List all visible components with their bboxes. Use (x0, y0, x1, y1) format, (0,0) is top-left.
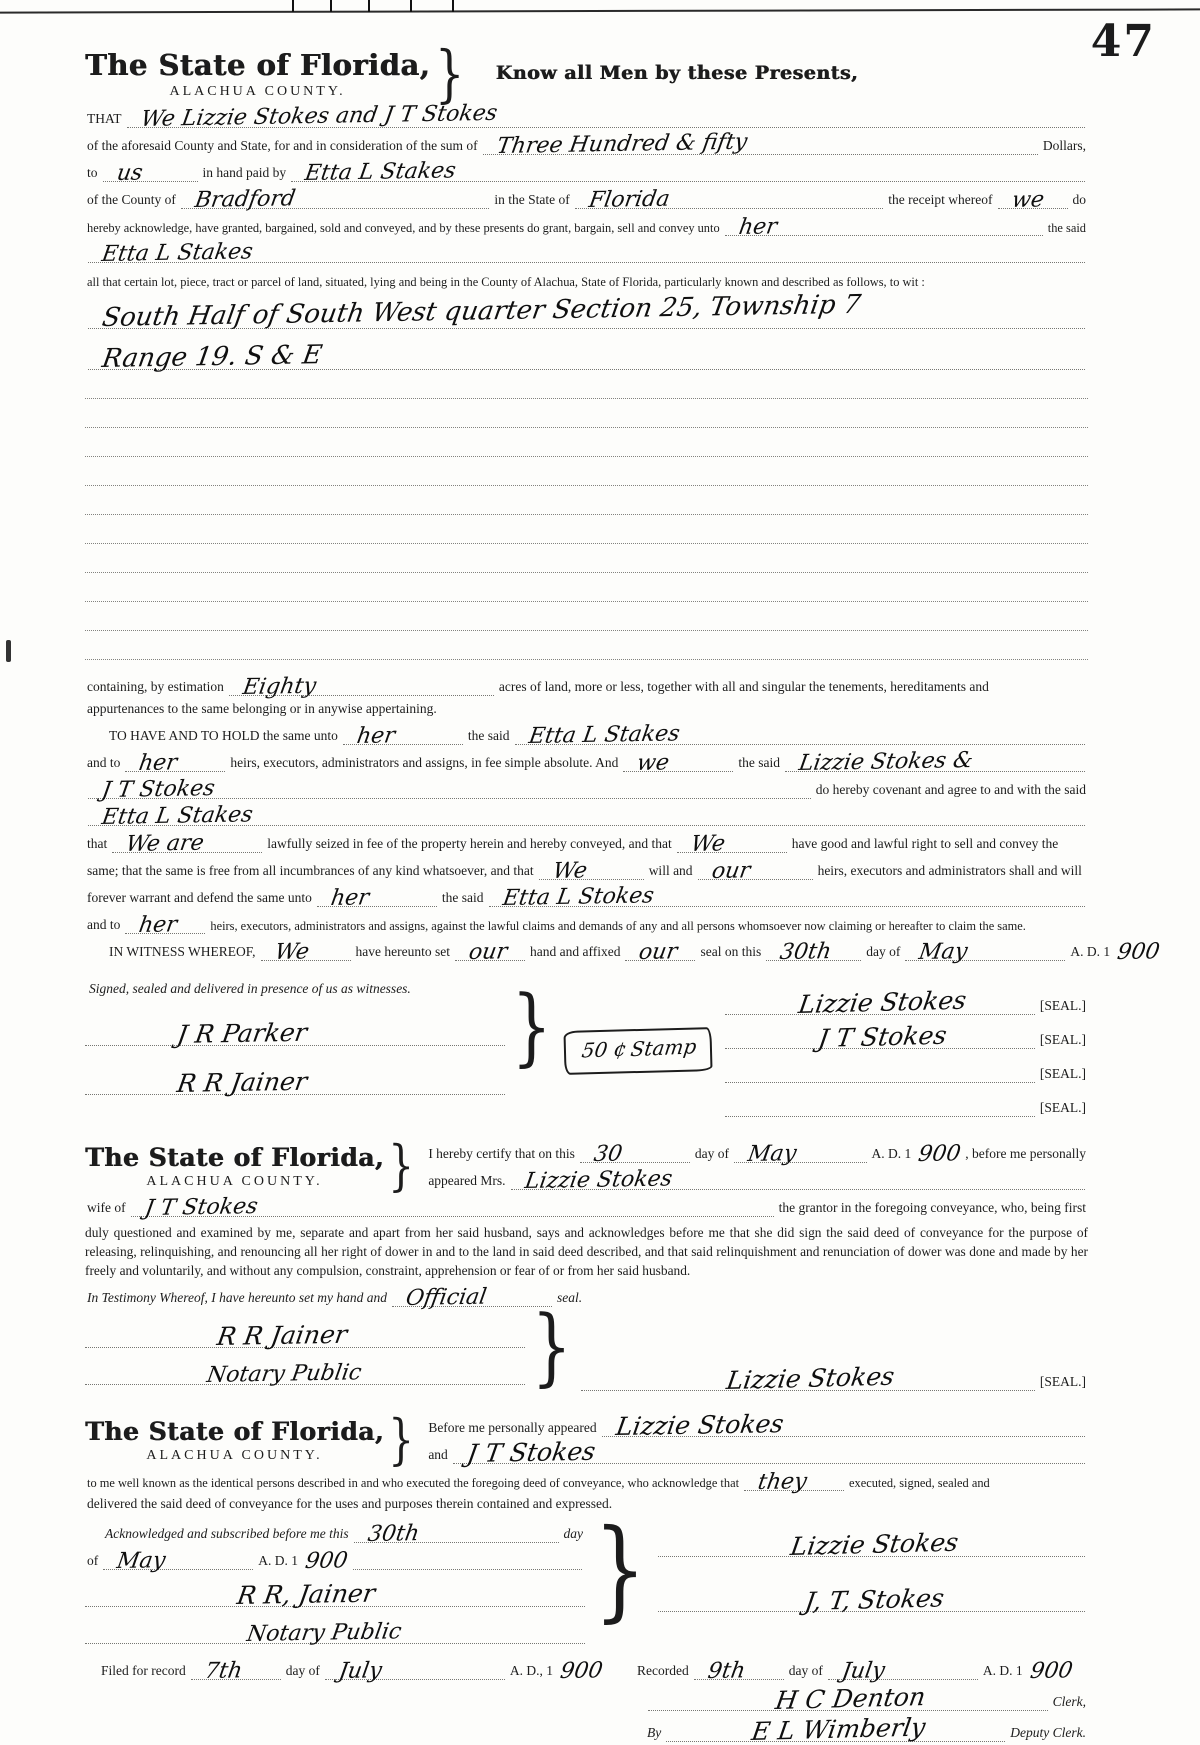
before-label: Before me personally appeared (426, 1419, 598, 1437)
scan-artifact (452, 0, 454, 12)
ack-day-blank: 30th (354, 1524, 559, 1543)
day-of-label: day of (864, 943, 902, 961)
brace-glyph: } (594, 1523, 647, 1617)
they-blank: they (744, 1472, 844, 1491)
cert1-notary-column: R R Jainer Notary Public (85, 1311, 525, 1385)
to-have-name-blank: Etta L Stakes (515, 726, 1086, 745)
cert1-seal-label: [SEAL.] (1038, 1373, 1088, 1391)
covenant-name-handwriting: Etta L Stakes (100, 802, 255, 830)
delivered-label: delivered the said deed of conveyance fo… (85, 1495, 614, 1513)
witness-we-handwriting: We (273, 939, 311, 965)
state-of-label: in the State of (492, 191, 571, 209)
heirs-line: and to her heirs, executors, administrat… (85, 752, 1088, 772)
warrant-name-blank: Etta L Stokes (489, 888, 1085, 907)
seal3-label: [SEAL.] (1038, 1065, 1088, 1083)
blank-line (85, 602, 1088, 631)
heirs2-label: heirs, executors and administrators shal… (816, 862, 1084, 880)
description-line-2: Range 19. S & E (85, 343, 1088, 370)
notary-title-line: Notary Public (85, 1348, 525, 1385)
recorded-month-blank: July (828, 1661, 978, 1680)
filed-label: Filed for record (85, 1662, 188, 1680)
and-label: and (426, 1446, 450, 1464)
deed-header: The State of Florida, ALACHUA COUNTY. } … (85, 48, 1088, 101)
to-blank: us (103, 163, 198, 182)
executed-label: executed, signed, sealed and (847, 1475, 992, 1491)
clerk-line: H C Denton Clerk, (645, 1686, 1088, 1711)
covenant-label: do hereby covenant and agree to and with… (814, 781, 1088, 799)
ack-ad-label: A. D. 1 (256, 1552, 300, 1570)
filed-day-of-label: day of (284, 1662, 322, 1680)
and-to-blank: her (125, 753, 225, 772)
blank-line (85, 457, 1088, 486)
cert1-month-handwriting: May (746, 1141, 798, 1167)
our-seal-blank: our (625, 942, 695, 961)
covenant-name-line: Etta L Stakes (85, 806, 1088, 826)
ack-notary-name-line: R R, Jainer (85, 1570, 585, 1607)
filed-day-handwriting: 7th (203, 1658, 244, 1684)
cert2-state-title: The State of Florida, (85, 1417, 384, 1446)
county-of-handwriting: Bradford (193, 186, 297, 213)
notary-title-handwriting: Notary Public (205, 1360, 363, 1388)
cert1-header-right: I hereby certify that on this 30 day of … (426, 1143, 1088, 1190)
cert1-day-of-label: day of (693, 1145, 731, 1163)
do-label: do (1071, 191, 1089, 209)
scan-artifact (410, 0, 412, 12)
county-label: ALACHUA COUNTY. (85, 84, 430, 100)
our-hand-blank: our (455, 942, 525, 961)
ack-left-column: Acknowledged and subscribed before me th… (85, 1523, 585, 1644)
grantee-handwriting: Etta L Stakes (100, 239, 255, 267)
and-to2-label: and to (85, 916, 122, 934)
stamp-value-handwriting: 50 ¢ (581, 1036, 629, 1062)
acres-blank: Eighty (229, 677, 494, 696)
to-have-line: TO HAVE AND TO HOLD the same unto her th… (85, 725, 1088, 745)
grantor2-signature: J T Stokes (816, 1020, 948, 1052)
cert2-header: The State of Florida, ALACHUA COUNTY. } … (85, 1417, 1088, 1464)
ack-day-label: day (562, 1525, 586, 1543)
year-handwriting: 900 (1116, 944, 1161, 961)
consideration-handwriting: Three Hundred & fifty (495, 129, 749, 158)
covenantor2-blank: J T Stokes (88, 780, 811, 799)
seal-row-1: Lizzie Stokes [SEAL.] (722, 994, 1088, 1015)
ack-notary-title-line: Notary Public (85, 1607, 585, 1644)
cert1-signature: Lizzie Stokes (725, 1361, 897, 1394)
delivered-line: delivered the said deed of conveyance fo… (85, 1493, 1088, 1513)
wife-of-blank: J T Stokes (131, 1198, 774, 1217)
her4-blank: her (125, 915, 205, 934)
notary-name-signature: R R Jainer (215, 1320, 349, 1351)
state-of-blank: Florida (575, 190, 884, 209)
cert1-notary-block: R R Jainer Notary Public } Lizzie Stokes… (85, 1311, 1088, 1391)
acres-handwriting: Eighty (241, 673, 318, 699)
blank-line (85, 370, 1088, 399)
notary-name-line: R R Jainer (85, 1311, 525, 1348)
clerk-signature-blank: H C Denton (648, 1686, 1048, 1711)
ack-notary-title-handwriting: Notary Public (245, 1619, 403, 1647)
witness-column: Signed, sealed and delivered in presence… (85, 981, 505, 1095)
cert1-body-paragraph: duly questioned and examined by me, sepa… (85, 1223, 1088, 1280)
our-blank: our (698, 861, 813, 880)
wife-of-label: wife of (85, 1199, 128, 1217)
county-state-line: of the County of Bradford in the State o… (85, 189, 1088, 209)
grantee-blank: Etta L Stakes (88, 244, 1085, 263)
warrant-said-label: the said (440, 889, 486, 907)
paid-by-line: to us in hand paid by Etta L Stakes (85, 162, 1088, 182)
description-line-1: South Half of South West quarter Section… (85, 302, 1088, 329)
appeared-blank: Lizzie Stokes (511, 1171, 1085, 1190)
ack-signature2-blank: J, T, Stokes (658, 1591, 1085, 1612)
cert1-ad-label: A. D. 1 (870, 1145, 914, 1163)
consideration-blank: Three Hundred & fifty (483, 136, 1038, 155)
seal1-blank: Lizzie Stokes (725, 994, 1034, 1015)
person1-handwriting: Lizzie Stokes (614, 1409, 786, 1441)
ack-notary-name-signature: R R, Jainer (235, 1578, 377, 1609)
ack-signature1: Lizzie Stokes (788, 1527, 960, 1560)
testimony-label: In Testimony Whereof, I have hereunto se… (85, 1289, 389, 1307)
person2-blank: J T Stokes (453, 1445, 1085, 1464)
blank-line (85, 631, 1088, 660)
seal-column: Lizzie Stokes [SEAL.] J T Stokes [SEAL.]… (722, 981, 1088, 1117)
cert2-and-line: and J T Stokes (426, 1444, 1088, 1464)
hand-label: hand and affixed (528, 943, 622, 961)
cert1-header: The State of Florida, ALACHUA COUNTY. } … (85, 1143, 1088, 1190)
to-have-said-label: the said (466, 727, 512, 745)
cert1-appeared-line: appeared Mrs. Lizzie Stokes (426, 1170, 1088, 1190)
blank-line (85, 399, 1088, 428)
to-handwriting: us (115, 160, 145, 185)
ack-month-blank: May (103, 1551, 253, 1570)
recorded-ad-label: A. D. 1 (981, 1662, 1025, 1680)
our-seal-handwriting: our (637, 939, 679, 965)
stamp-area: 50 ¢ Stamp (558, 1029, 712, 1073)
appurtenances-label: appurtenances to the same belonging or i… (85, 700, 439, 718)
receipt-label: the receipt whereof (886, 191, 994, 209)
free-handwriting: We (551, 858, 589, 884)
covenant-name-blank: Etta L Stakes (88, 807, 1085, 826)
consideration-label: of the aforesaid County and State, for a… (85, 137, 480, 155)
by-label: By (645, 1724, 663, 1742)
recorded-day-handwriting: 9th (706, 1658, 747, 1684)
brace-glyph: } (388, 1143, 414, 1189)
filed-ad-label: A. D., 1 (508, 1662, 555, 1680)
filed-month-handwriting: July (337, 1658, 384, 1684)
blank-line (85, 515, 1088, 544)
recorded-day-of-label: day of (787, 1662, 825, 1680)
to-have-label: TO HAVE AND TO HOLD the same unto (85, 727, 340, 745)
wife-of-line: wife of J T Stokes the grantor in the fo… (85, 1197, 1088, 1217)
cert1-seal-row: Lizzie Stokes [SEAL.] (578, 1370, 1088, 1391)
to-label: to (85, 164, 100, 182)
ack-of-label: of (85, 1552, 100, 1570)
ad-label: A. D. 1 (1068, 943, 1112, 961)
that2-label: that (85, 835, 109, 853)
claims-label: heirs, executors, administrators and ass… (208, 918, 1027, 934)
cert2-before-line: Before me personally appeared Lizzie Sto… (426, 1417, 1088, 1437)
cert2-county-label: ALACHUA COUNTY. (85, 1448, 384, 1464)
official-handwriting: Official (404, 1284, 488, 1310)
description-handwriting-2: Range 19. S & E (100, 340, 324, 374)
free-label: same; that the same is free from all inc… (85, 862, 536, 880)
ack-signature-row-1: Lizzie Stokes (655, 1536, 1088, 1557)
witness1-signature: J R Parker (175, 1017, 309, 1048)
seal-row-3: [SEAL.] (722, 1062, 1088, 1083)
and-said-label: the said (736, 754, 782, 772)
claims-line: and to her heirs, executors, administrat… (85, 914, 1088, 934)
cert1-signature-column: Lizzie Stokes [SEAL.] (578, 1311, 1088, 1391)
receipt-handwriting: we (1010, 187, 1046, 213)
witness-section: Signed, sealed and delivered in presence… (85, 981, 1088, 1117)
will-and-label: will and (647, 862, 695, 880)
deputy-signature: E L Wimberly (749, 1712, 927, 1745)
recorded-month-handwriting: July (840, 1658, 887, 1684)
witness1-line: J R Parker (85, 1005, 505, 1046)
brace-glyph: } (435, 48, 465, 101)
brace-glyph: } (512, 991, 552, 1062)
filing-line: Filed for record 7th day of July A. D., … (85, 1660, 1088, 1680)
seized2-handwriting: We (689, 831, 727, 857)
recorded-label: Recorded (635, 1662, 691, 1680)
covenantors-handwriting: Lizzie Stokes & (797, 748, 975, 776)
county-of-blank: Bradford (181, 190, 490, 209)
grantors-blank: We Lizzie Stokes and J T Stokes (127, 109, 1086, 128)
and-we-handwriting: we (635, 750, 671, 776)
convey-label: hereby acknowledge, have granted, bargai… (85, 220, 722, 236)
seal4-label: [SEAL.] (1038, 1099, 1088, 1117)
witness-caption: Signed, sealed and delivered in presence… (85, 981, 505, 997)
month-blank: May (905, 942, 1065, 961)
day-handwriting: 30th (778, 939, 833, 965)
seal-row-4: [SEAL.] (722, 1096, 1088, 1117)
witness-label: IN WITNESS WHEREOF, (85, 943, 258, 961)
known-line: to me well known as the identical person… (85, 1471, 1088, 1491)
blank-line (85, 428, 1088, 457)
filed-month-blank: July (325, 1661, 505, 1680)
cert1-signature-blank: Lizzie Stokes (581, 1370, 1034, 1391)
heirs-label: heirs, executors, administrators and ass… (228, 754, 620, 772)
and-to-label: and to (85, 754, 122, 772)
cert1-certify-line: I hereby certify that on this 30 day of … (426, 1143, 1088, 1163)
seized-blank: We are (112, 834, 262, 853)
seal2-blank: J T Stokes (725, 1028, 1034, 1049)
month-handwriting: May (917, 939, 969, 965)
convey-handwriting: her (737, 214, 779, 240)
ack-signature1-blank: Lizzie Stokes (658, 1536, 1085, 1557)
appeared-handwriting: Lizzie Stokes (523, 1166, 674, 1194)
containing-line: containing, by estimation Eighty acres o… (85, 676, 1088, 696)
person2-handwriting: J T Stokes (465, 1437, 598, 1468)
presents-heading: Know all Men by these Presents, (496, 62, 858, 84)
clerk-block: H C Denton Clerk, By E L Wimberly Deputy… (645, 1686, 1088, 1742)
covenantors-blank: Lizzie Stokes & (785, 753, 1085, 772)
revenue-stamp: 50 ¢ Stamp (564, 1027, 713, 1075)
grantors-line: THAT We Lizzie Stokes and J T Stokes (85, 108, 1088, 128)
certify-label: I hereby certify that on this (426, 1145, 577, 1163)
paid-by-blank: Etta L Stakes (291, 163, 1085, 182)
seal-on-label: seal on this (698, 943, 763, 961)
to-have-name-handwriting: Etta L Stakes (527, 721, 682, 749)
cert1-year-handwriting: 900 (917, 1146, 962, 1163)
stamp-word-handwriting: Stamp (629, 1034, 698, 1061)
grantors-handwriting: We Lizzie Stokes and J T Stokes (139, 100, 499, 131)
official-blank: Official (392, 1288, 552, 1307)
our-handwriting: our (710, 858, 752, 884)
ack-signature-column: Lizzie Stokes J, T, Stokes (655, 1523, 1088, 1612)
scan-artifact (6, 640, 11, 662)
containing-label: containing, by estimation (85, 678, 226, 696)
grantor-post-label: the grantor in the foregoing conveyance,… (777, 1199, 1088, 1217)
free-blank: We (539, 861, 644, 880)
witness2-signature: R R Jainer (175, 1066, 309, 1097)
witness-we-blank: We (261, 942, 351, 961)
scan-artifact (368, 0, 370, 12)
cert1-day-blank: 30 (580, 1144, 690, 1163)
wife-of-handwriting: J T Stokes (143, 1194, 260, 1221)
free-line: same; that the same is free from all inc… (85, 860, 1088, 880)
ack-line-2: of May A. D. 1 900 (85, 1550, 585, 1570)
seized2-blank: We (677, 834, 787, 853)
warrant-label: forever warrant and defend the same unto (85, 889, 314, 907)
the-said-label: the said (1046, 220, 1088, 236)
paid-by-label: in hand paid by (201, 164, 289, 182)
our-hand-handwriting: our (467, 939, 509, 965)
appurtenances-line: appurtenances to the same belonging or i… (85, 698, 1088, 718)
that-label: THAT (85, 110, 124, 128)
scan-artifact (292, 0, 294, 12)
blank-line (85, 544, 1088, 573)
deputy-label: Deputy Clerk. (1008, 1724, 1088, 1742)
cert1-day-handwriting: 30 (592, 1141, 624, 1166)
seal2-label: [SEAL.] (1038, 1031, 1088, 1049)
to-have-blank: her (343, 726, 463, 745)
ack-day-handwriting: 30th (366, 1521, 421, 1547)
and-to-handwriting: her (137, 750, 179, 776)
testimony-line: In Testimony Whereof, I have hereunto se… (85, 1287, 1088, 1307)
seal-row-2: J T Stokes [SEAL.] (722, 1028, 1088, 1049)
scan-artifact (330, 0, 332, 12)
and-we-blank: we (623, 753, 733, 772)
deed-record-page: 47 The State of Florida, ALACHUA COUNTY.… (0, 0, 1200, 1745)
ack-spacer-blank (353, 1551, 582, 1570)
brace-glyph: } (388, 1417, 414, 1463)
to-have-handwriting: her (355, 723, 397, 749)
description-blank-1: South Half of South West quarter Section… (88, 302, 1085, 329)
ack-signature-row-2: J, T, Stokes (655, 1591, 1088, 1612)
blank-line (85, 573, 1088, 602)
cert1-title-group: The State of Florida, ALACHUA COUNTY. (85, 1143, 384, 1190)
covenant-line: J T Stokes do hereby covenant and agree … (85, 779, 1088, 799)
deputy-line: By E L Wimberly Deputy Clerk. (645, 1717, 1088, 1742)
convey-blank: her (725, 217, 1043, 236)
blank-line (85, 486, 1088, 515)
cert2-title-group: The State of Florida, ALACHUA COUNTY. (85, 1417, 384, 1464)
cert1-before-label: , before me personally (963, 1145, 1088, 1163)
right-label: have good and lawful right to sell and c… (790, 835, 1061, 853)
state-of-handwriting: Florida (587, 186, 672, 212)
acres-label: acres of land, more or less, together wi… (497, 678, 991, 696)
seal1-label: [SEAL.] (1038, 997, 1088, 1015)
her4-handwriting: her (137, 912, 179, 938)
description-blank-2: Range 19. S & E (88, 343, 1085, 370)
appeared-label: appeared Mrs. (426, 1172, 507, 1190)
seized-label: lawfully seized in fee of the property h… (265, 835, 673, 853)
seal3-blank (725, 1062, 1034, 1083)
county-of-label: of the County of (85, 191, 178, 209)
convey-line: hereby acknowledge, have granted, bargai… (85, 216, 1088, 236)
paid-by-handwriting: Etta L Stakes (303, 158, 458, 186)
cert1-county-label: ALACHUA COUNTY. (85, 1174, 384, 1190)
clerk-signature: H C Denton (773, 1682, 927, 1715)
warrant-name-handwriting: Etta L Stokes (501, 883, 656, 911)
cert2-header-right: Before me personally appeared Lizzie Sto… (426, 1417, 1088, 1464)
grantee-line: Etta L Stakes (85, 243, 1088, 263)
consideration-line: of the aforesaid County and State, for a… (85, 135, 1088, 155)
parcel-label: all that certain lot, piece, tract or pa… (85, 274, 927, 290)
recorded-year-handwriting: 900 (1029, 1663, 1074, 1680)
ack-year-handwriting: 900 (304, 1553, 349, 1570)
dollars-label: Dollars, (1041, 137, 1088, 155)
scan-artifact (0, 8, 1200, 13)
warrant-blank: her (317, 888, 437, 907)
warrant-handwriting: her (329, 885, 371, 911)
witness-whereof-line: IN WITNESS WHEREOF, We have hereunto set… (85, 941, 1088, 961)
known-label: to me well known as the identical person… (85, 1475, 741, 1491)
ack-label: Acknowledged and subscribed before me th… (85, 1525, 351, 1543)
person1-blank: Lizzie Stokes (602, 1418, 1085, 1437)
cert1-month-blank: May (734, 1144, 867, 1163)
day-blank: 30th (766, 942, 861, 961)
warrant-line: forever warrant and defend the same unto… (85, 887, 1088, 907)
witness2-line: R R Jainer (85, 1054, 505, 1095)
state-title: The State of Florida, (85, 48, 430, 82)
grantor1-signature: Lizzie Stokes (797, 985, 969, 1018)
seized-line: that We are lawfully seized in fee of th… (85, 833, 1088, 853)
they-handwriting: they (756, 1469, 809, 1495)
brace-glyph: } (532, 1311, 572, 1382)
clerk-label: Clerk, (1051, 1693, 1088, 1711)
covenantor2-handwriting: J T Stokes (100, 776, 217, 803)
ack-signature2: J, T, Stokes (802, 1583, 945, 1616)
ack-line-1: Acknowledged and subscribed before me th… (85, 1523, 585, 1543)
deputy-signature-blank: E L Wimberly (666, 1717, 1005, 1742)
receipt-blank: we (998, 190, 1068, 209)
seal4-blank (725, 1096, 1034, 1117)
recorded-day-blank: 9th (694, 1661, 784, 1680)
state-title-group: The State of Florida, ALACHUA COUNTY. (85, 48, 430, 100)
page-number: 47 (1091, 16, 1156, 67)
ack-block: Acknowledged and subscribed before me th… (85, 1523, 1088, 1644)
seized-handwriting: We are (124, 830, 206, 856)
filed-year-handwriting: 900 (559, 1663, 604, 1680)
cert1-state-title: The State of Florida, (85, 1143, 384, 1172)
parcel-line: all that certain lot, piece, tract or pa… (85, 270, 1088, 290)
set-label: have hereunto set (354, 943, 452, 961)
description-handwriting-1: South Half of South West quarter Section… (100, 290, 863, 333)
filed-day-blank: 7th (191, 1661, 281, 1680)
